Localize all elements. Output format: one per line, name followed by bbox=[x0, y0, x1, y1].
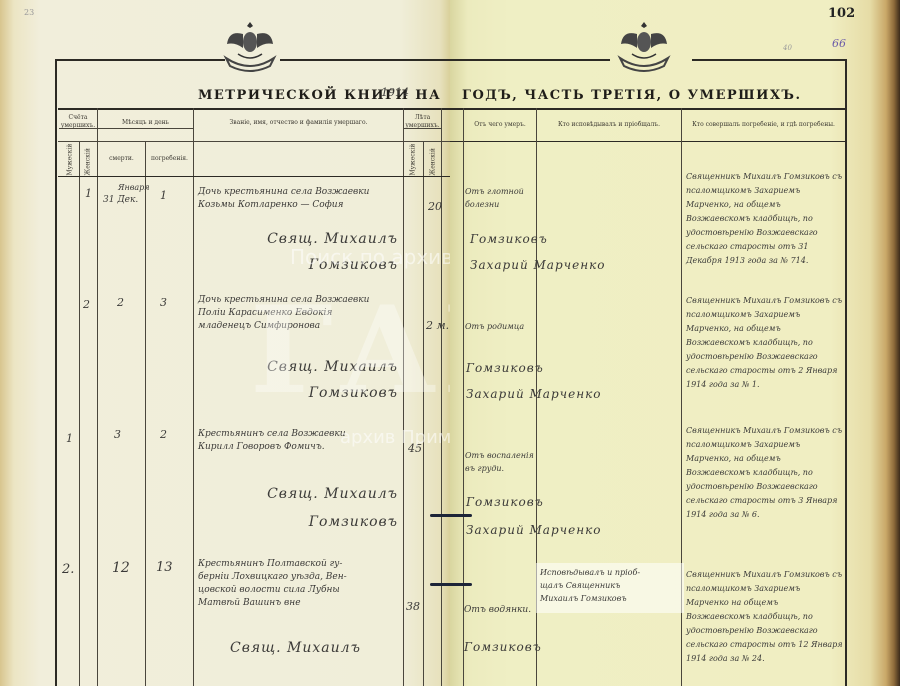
burial-date: 3 bbox=[160, 296, 167, 309]
header-male: Мужескій bbox=[67, 136, 74, 176]
page-number: 102 bbox=[828, 6, 855, 21]
death-date: 2 bbox=[117, 296, 124, 309]
burial-date: 1 bbox=[160, 189, 167, 202]
buried-by: Священникъ Михаилъ Гомзиковъ съ псаломщи… bbox=[686, 294, 844, 392]
header-buried-by: Кто совершалъ погребеніе, и гдѣ погребен… bbox=[682, 121, 845, 129]
header-age-female: Женскій bbox=[430, 136, 437, 176]
signature: Свящ. Михаилъ bbox=[230, 640, 430, 656]
buried-by: Священникъ Михаилъ Гомзиковъ съ псаломщи… bbox=[686, 424, 844, 522]
confessed-by: Исповѣдывалъ и пріоб- щалъ Священникъ Ми… bbox=[540, 566, 680, 605]
deceased-name: Крестьянинъ Полтавской гу- берніи Лохвиц… bbox=[198, 558, 403, 610]
cause-of-death: Отъ водянки. bbox=[464, 604, 536, 617]
right-page: 102 66 40 ГОДЪ, ЧАСТЬ ТРЕТІЯ, О УМЕРШИХЪ… bbox=[450, 0, 900, 686]
signature: Гомзиковъ Захарий Марченко bbox=[466, 488, 602, 544]
binding-thread bbox=[430, 514, 472, 517]
left-page: 23 МЕТРИЧЕСКОЙ КНИГИ НА 1914 Счёта умерш… bbox=[0, 0, 450, 686]
burial-date: 2 bbox=[160, 428, 167, 441]
death-date: 31 Дек. bbox=[103, 194, 143, 207]
death-date: 3 bbox=[114, 428, 121, 441]
male-count: 1 bbox=[66, 432, 73, 445]
cause-of-death: Отъ родимца bbox=[465, 320, 535, 333]
cause-of-death: Отъ глотной болезни bbox=[465, 185, 535, 211]
year-handwritten: 1914 bbox=[381, 86, 409, 99]
signature: Гомзиковъ bbox=[464, 640, 542, 654]
header-death: смерти. bbox=[98, 155, 145, 163]
header-female: Женскій bbox=[85, 136, 92, 176]
month: Января bbox=[118, 181, 150, 194]
female-count: 2 bbox=[83, 298, 90, 311]
pencil-mark-small: 40 bbox=[783, 44, 792, 52]
imperial-eagle-icon bbox=[222, 18, 278, 74]
buried-by: Священникъ Михаилъ Гомзиковъ съ псаломщи… bbox=[686, 568, 844, 666]
header-cause: Отъ чего умеръ. bbox=[464, 121, 536, 129]
signature: Гомзиковъ Захарий Марченко bbox=[466, 355, 602, 407]
header-burial: погребенія. bbox=[146, 155, 193, 163]
buried-by: Священникъ Михаилъ Гомзиковъ съ псаломщи… bbox=[686, 170, 844, 268]
title-right: ГОДЪ, ЧАСТЬ ТРЕТІЯ, О УМЕРШИХЪ. bbox=[462, 88, 802, 103]
header-confessed: Кто исповѣдывалъ и пріобщалъ. bbox=[537, 121, 681, 129]
female-count: 1 bbox=[85, 187, 92, 200]
signature: Гомзиковъ Захарий Марченко bbox=[470, 226, 606, 278]
binding-thread bbox=[430, 583, 472, 586]
header-age-male: Мужескій bbox=[410, 136, 417, 176]
corner-mark: 23 bbox=[24, 8, 34, 17]
header-month-day: Мѣсяцъ и день bbox=[98, 119, 193, 127]
burial-date: 13 bbox=[156, 560, 173, 575]
deceased-name: Дочь крестьянина села Возжаевки Козьмы К… bbox=[198, 186, 403, 212]
header-name: Званіе, имя, отчество и фамилія умершаго… bbox=[194, 119, 403, 127]
age-female: 20 bbox=[428, 200, 442, 213]
age-male: 38 bbox=[406, 600, 420, 613]
death-date: 12 bbox=[112, 560, 130, 576]
pencil-mark: 66 bbox=[832, 37, 846, 50]
imperial-eagle-icon bbox=[616, 18, 672, 74]
signature: Свящ. Михаилъ Гомзиковъ bbox=[198, 480, 398, 536]
male-count: 2. bbox=[62, 562, 74, 577]
cause-of-death: Отъ воспаленія въ груди. bbox=[465, 449, 535, 475]
